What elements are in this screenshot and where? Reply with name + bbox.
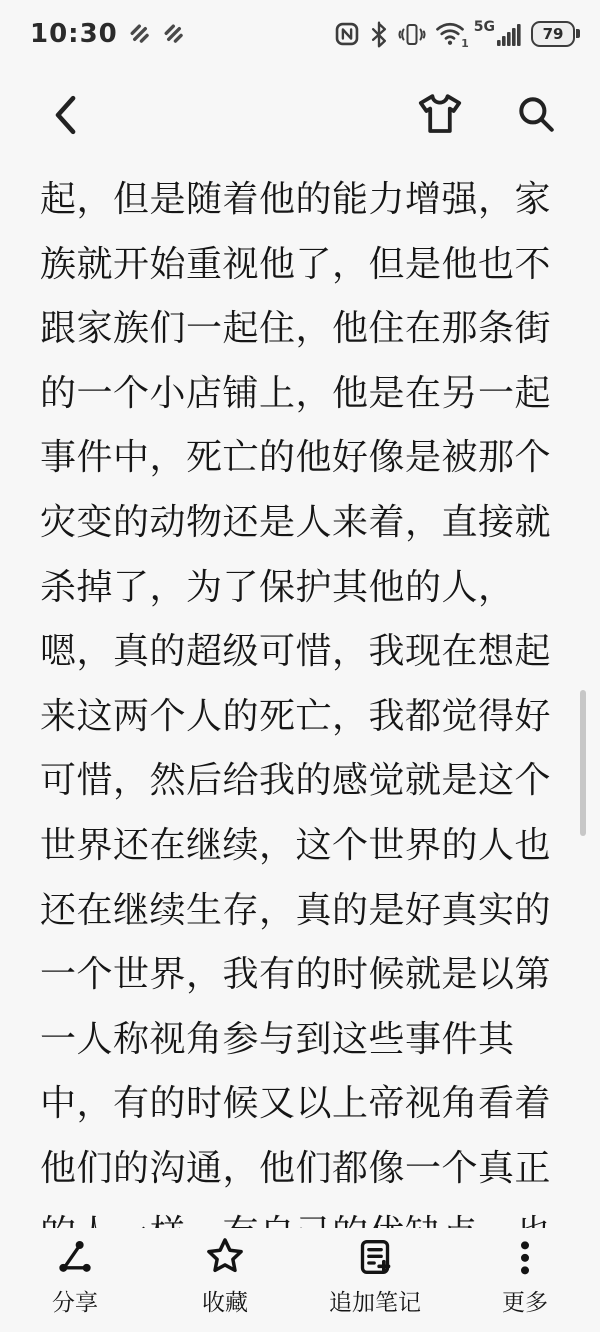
favorite-button[interactable]: 收藏 [150,1228,300,1332]
text-line: 一个世界，我有的时候就是以第 [40,943,578,1008]
nav-bar [0,78,600,152]
append-note-label: 追加笔记 [329,1284,421,1317]
favorite-label: 收藏 [202,1284,248,1317]
bluetooth-icon [369,21,389,48]
text-line: 嗯，真的超级可惜，我现在想起 [40,620,578,685]
clock-time: 10:30 [30,19,118,49]
share-button[interactable]: 分享 [0,1228,150,1332]
status-left: 10:30 [30,19,186,49]
more-label: 更多 [502,1284,548,1317]
share-label: 分享 [52,1284,98,1317]
text-line: 他们的沟通，他们都像一个真正 [40,1137,578,1202]
more-kebab-icon [505,1235,545,1277]
battery-percent: 79 [543,25,564,43]
signal-5g-bars-icon: 5G [474,20,522,48]
back-button[interactable] [44,92,88,138]
note-text[interactable]: 起，但是随着他的能力增强，家族就开始重视他了，但是他也不跟家族们一起住，他住在那… [40,168,578,1266]
wifi-channel-badge: 1 [461,37,469,50]
text-line: 的一个小店铺上，他是在另一起 [40,362,578,427]
scrollbar-thumb[interactable] [580,690,586,836]
share-icon [55,1235,95,1277]
text-line: 中，有的时候又以上帝视角看着 [40,1072,578,1137]
vibrate-icon [398,21,426,48]
stripe-mark-icon [162,22,186,46]
theme-skin-button[interactable] [416,88,464,140]
battery-icon: 79 [531,21,575,47]
text-line: 杀掉了，为了保护其他的人， [40,556,578,621]
text-line: 族就开始重视他了，但是他也不 [40,233,578,298]
text-line: 来这两个人的死亡，我都觉得好 [40,685,578,750]
note-add-icon [355,1235,395,1277]
network-type-label: 5G [474,20,495,34]
text-line: 事件中，死亡的他好像是被那个 [40,426,578,491]
bottom-toolbar: 分享 收藏 追加笔记 更多 [0,1228,600,1332]
text-line: 起，但是随着他的能力增强，家 [40,168,578,233]
more-button[interactable]: 更多 [450,1228,600,1332]
stripe-mark-icon [128,22,152,46]
text-line: 可惜，然后给我的感觉就是这个 [40,749,578,814]
append-note-button[interactable]: 追加笔记 [300,1228,450,1332]
text-line: 一人称视角参与到这些事件其 [40,1008,578,1073]
status-bar: 10:30 1 5G [0,0,600,62]
nav-actions [416,88,560,140]
text-line: 还在继续生存，真的是好真实的 [40,879,578,944]
wifi-icon: 1 [435,21,465,47]
search-button[interactable] [512,88,560,140]
note-app-screen: 10:30 1 5G [0,0,600,1332]
status-right: 1 5G 79 [334,20,580,48]
text-line: 跟家族们一起住，他住在那条街 [40,297,578,362]
nfc-icon [334,21,360,47]
text-line: 灾变的动物还是人来着，直接就 [40,491,578,556]
text-line: 世界还在继续，这个世界的人也 [40,814,578,879]
star-icon [204,1235,246,1277]
